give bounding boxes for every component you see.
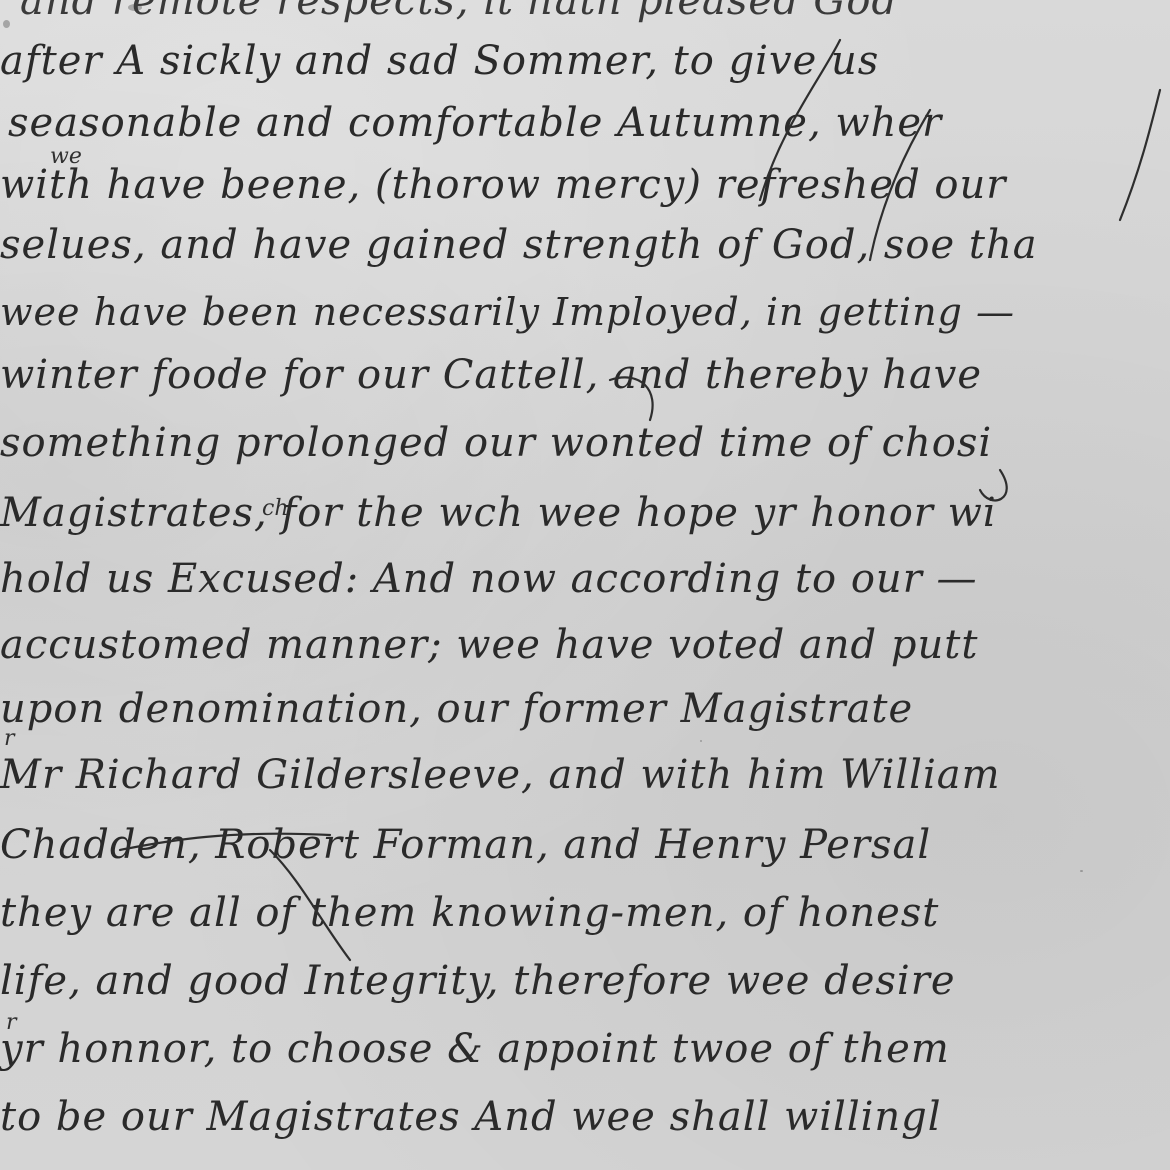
manuscript-line: yr honnor, to choose & appoint twoe of t… <box>0 1026 950 1072</box>
manuscript-page: and remote respects, it hath pleased God… <box>0 0 1170 1170</box>
line-text: Mr Richard Gildersleeve, and with him Wi… <box>0 752 1001 798</box>
line-text: selues, and have gained strength of God,… <box>0 222 1038 268</box>
manuscript-line: Chadden, Robert Forman, and Henry Persal <box>0 822 931 868</box>
manuscript-line: upon denomination, our former Magistrate <box>0 686 913 732</box>
manuscript-line: winter foode for our Cattell, and thereb… <box>0 352 982 398</box>
line-text: and remote respects, it hath pleased God <box>20 0 898 24</box>
manuscript-line: seasonable and comfortable Autumne, wher <box>8 100 942 146</box>
interlinear-insertion: r <box>4 726 15 751</box>
line-text: winter foode for our Cattell, and thereb… <box>0 352 982 398</box>
line-text: life, and good Integrity, therefore wee … <box>0 958 956 1004</box>
line-text: after A sickly and sad Sommer, to give u… <box>0 38 879 84</box>
paper-speck <box>1080 870 1083 872</box>
line-text: yr honnor, to choose & appoint twoe of t… <box>0 1026 950 1072</box>
manuscript-line: they are all of them knowing-men, of hon… <box>0 890 939 936</box>
line-text: to be our Magistrates And wee shall will… <box>0 1094 942 1140</box>
manuscript-line: wee have been necessarily Imployed, in g… <box>0 290 1015 334</box>
paper-speck <box>700 740 702 742</box>
line-text: Magistrates, for the wch wee hope yr hon… <box>0 490 997 536</box>
line-text: something prolonged our wonted time of c… <box>0 420 992 466</box>
paper-speck <box>3 20 10 28</box>
manuscript-line: Magistrates, for the wch wee hope yr hon… <box>0 490 997 536</box>
manuscript-line: with have beene, (thorow mercy) refreshe… <box>0 162 1006 208</box>
manuscript-line: after A sickly and sad Sommer, to give u… <box>0 38 879 84</box>
line-text: accustomed manner; wee have voted and pu… <box>0 622 978 668</box>
line-text: seasonable and comfortable Autumne, wher <box>8 100 942 146</box>
manuscript-line: life, and good Integrity, therefore wee … <box>0 958 956 1004</box>
manuscript-line: something prolonged our wonted time of c… <box>0 420 992 466</box>
manuscript-line: Mr Richard Gildersleeve, and with him Wi… <box>0 752 1001 798</box>
line-text: with have beene, (thorow mercy) refreshe… <box>0 162 1006 208</box>
manuscript-line: to be our Magistrates And wee shall will… <box>0 1094 942 1140</box>
line-text: wee have been necessarily Imployed, in g… <box>0 290 1015 334</box>
manuscript-line: accustomed manner; wee have voted and pu… <box>0 622 978 668</box>
line-text: Chadden, Robert Forman, and Henry Persal <box>0 822 931 868</box>
line-text: upon denomination, our former Magistrate <box>0 686 913 732</box>
line-text: they are all of them knowing-men, of hon… <box>0 890 939 936</box>
manuscript-line: selues, and have gained strength of God,… <box>0 222 1038 268</box>
manuscript-line: and remote respects, it hath pleased God <box>20 0 898 24</box>
manuscript-line: hold us Excused: And now according to ou… <box>0 556 978 602</box>
line-text: hold us Excused: And now according to ou… <box>0 556 978 602</box>
